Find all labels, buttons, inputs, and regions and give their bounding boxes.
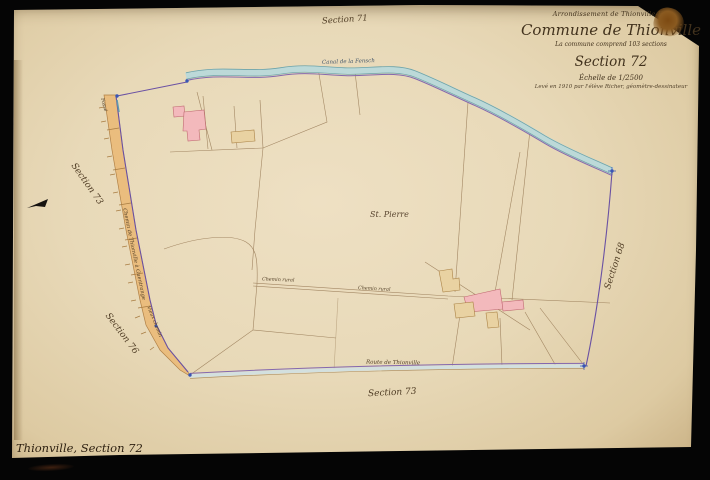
commune-subtitle: La commune comprend 103 sections xyxy=(520,41,702,48)
building-pink-east xyxy=(502,300,524,311)
buildings xyxy=(173,106,524,328)
left-road xyxy=(99,95,190,376)
building-tan-north xyxy=(231,130,255,143)
building-tan-cluster-2 xyxy=(454,302,475,318)
label-bottom-road: Route de Thionville xyxy=(366,361,420,367)
scanned-cadastral-map-sheet: Arrondissement de Thionville-Est Commune… xyxy=(0,0,710,480)
building-tan-cluster-1 xyxy=(439,269,460,292)
building-pink-large xyxy=(183,110,206,141)
sheet-caption: Thionville, Section 72 xyxy=(16,443,143,455)
building-pink-small xyxy=(173,106,185,117)
scale-line: Échelle de 1/2500 xyxy=(520,74,702,82)
building-tan-cluster-3 xyxy=(486,312,499,328)
section-title: Section 72 xyxy=(520,54,702,70)
parcel-lines xyxy=(164,68,610,375)
margin-arrow-mark xyxy=(27,199,48,208)
label-lieu-dit: St. Pierre xyxy=(370,211,409,219)
survey-note: Levé en 1910 par l'élève Richer, géomètr… xyxy=(520,84,702,90)
